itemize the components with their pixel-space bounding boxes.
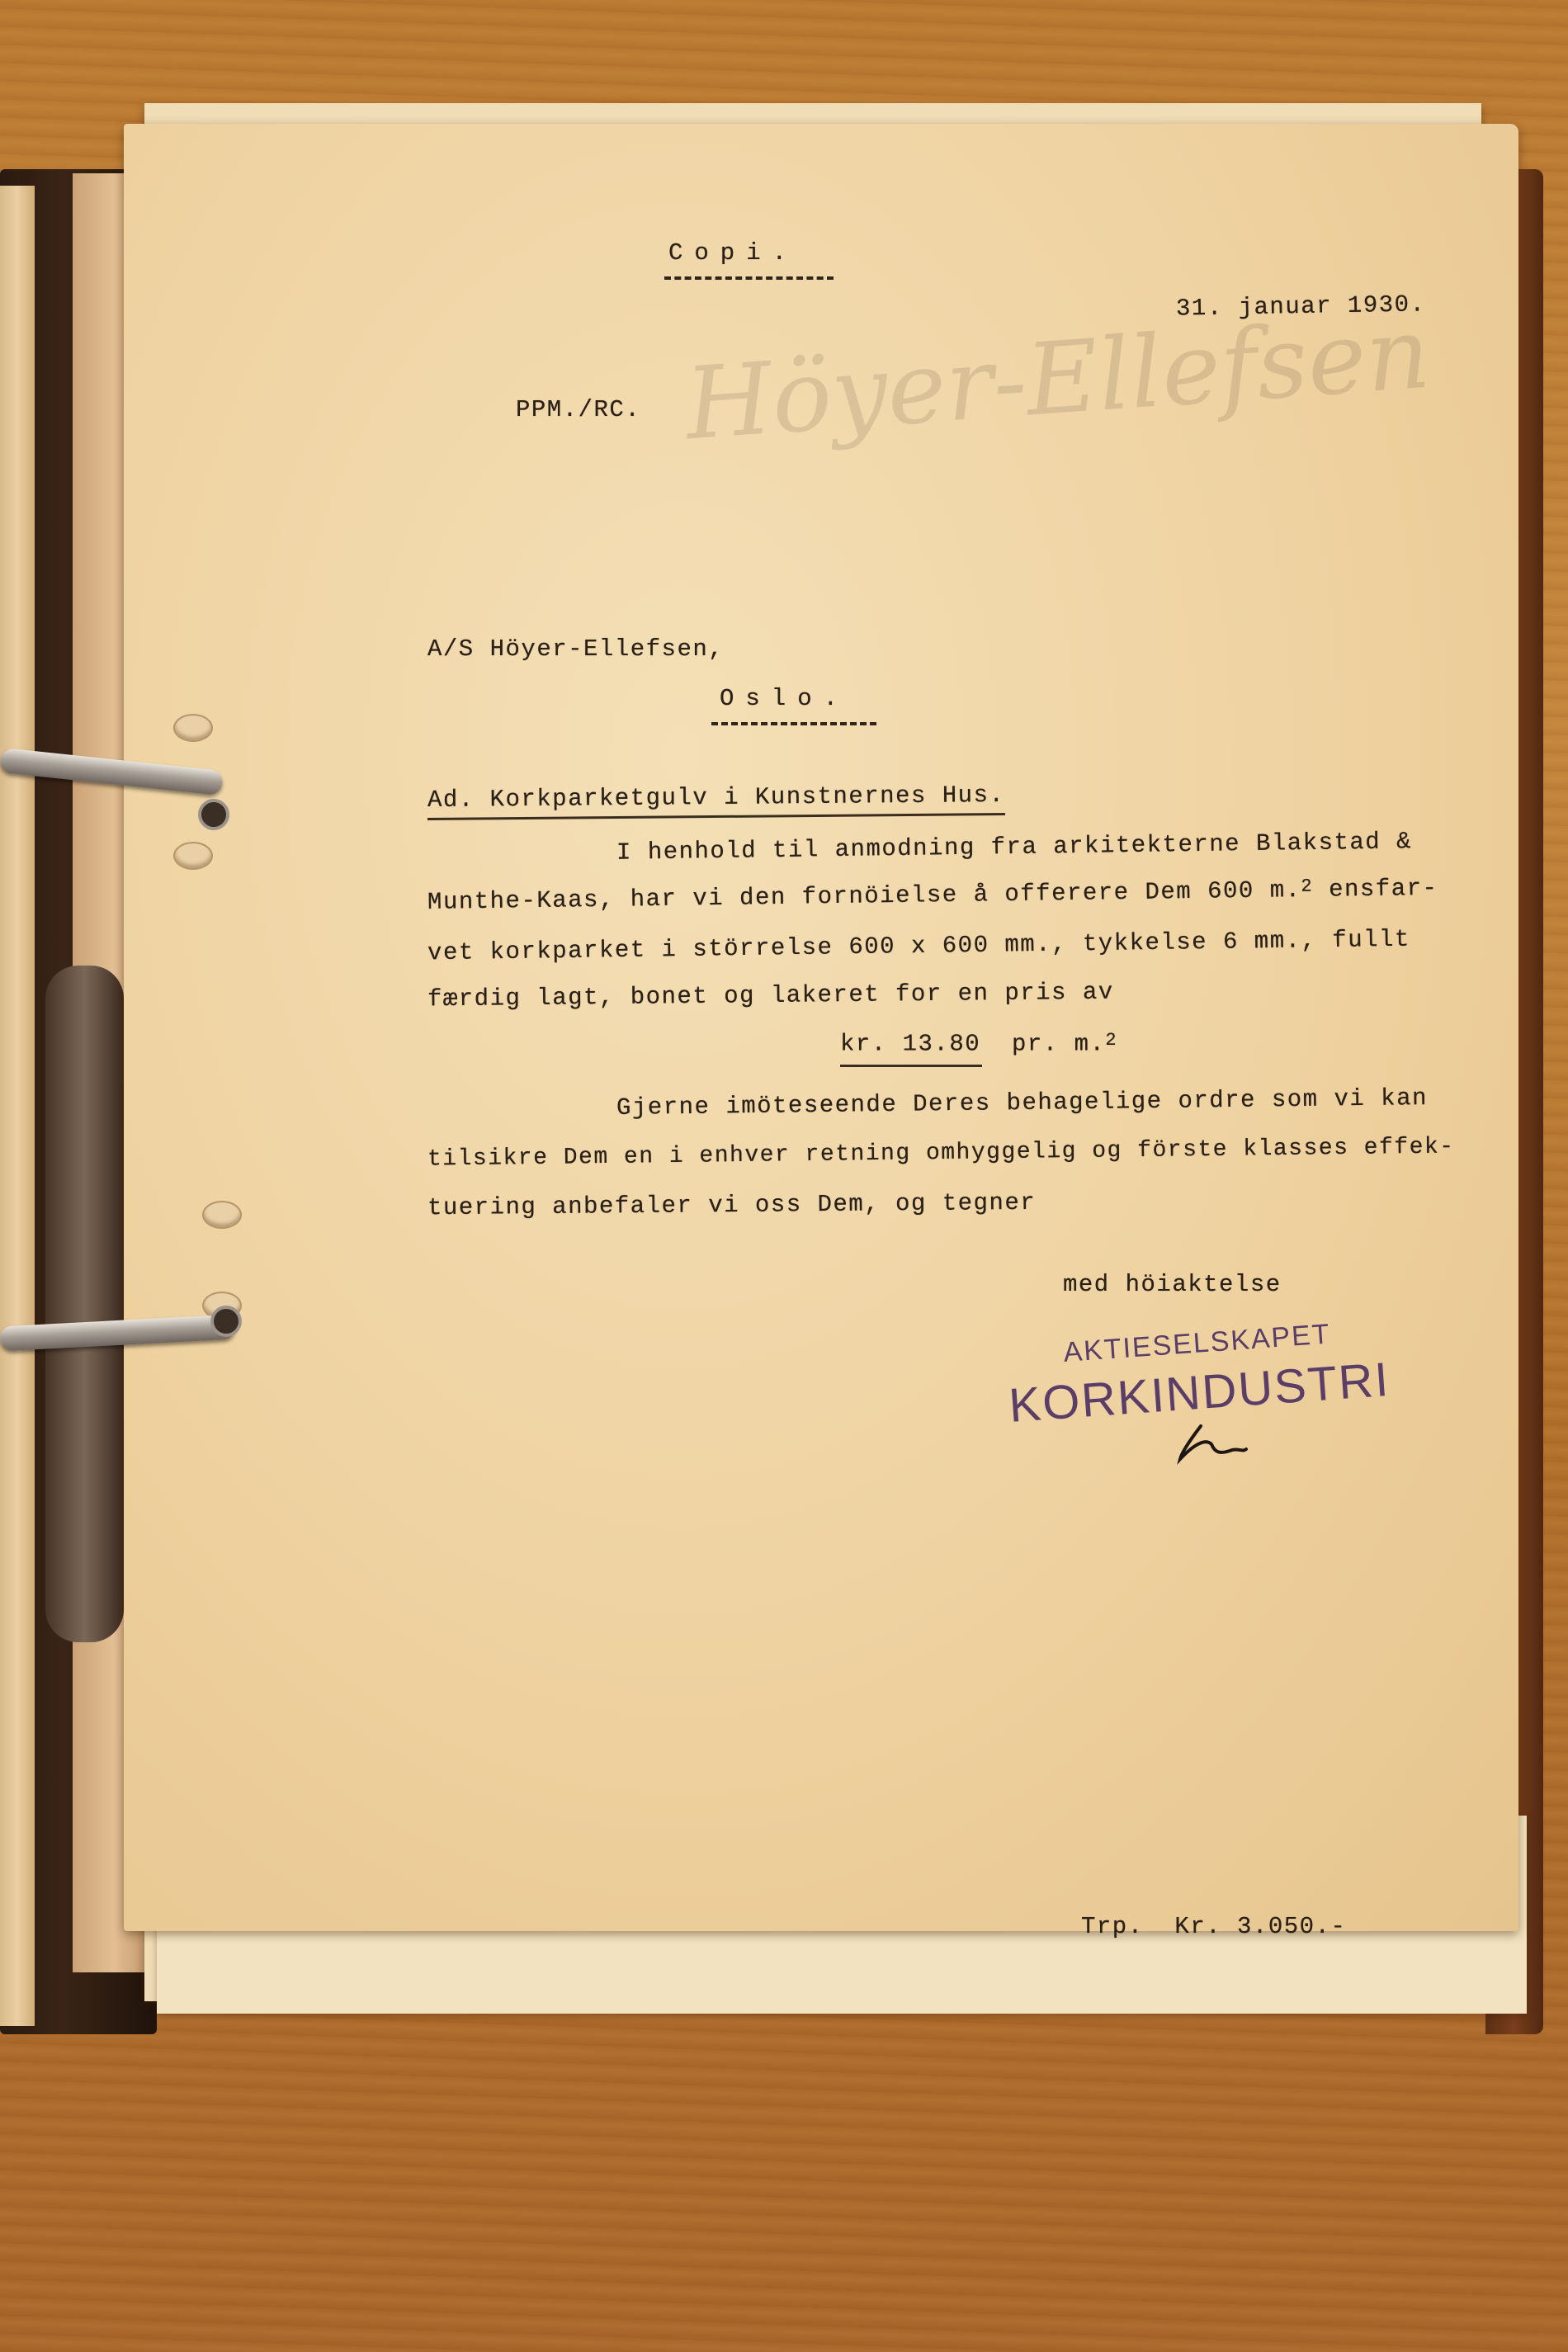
punch-hole [173,842,213,870]
binder-ring-top-end [198,799,229,830]
recipient-city: Oslo. [720,685,849,712]
binder-left-pages [0,186,35,2026]
closing-salutation: med höiaktelse [1063,1271,1282,1298]
punch-hole [173,714,213,742]
price-amount: kr. 13.80 [840,1030,980,1057]
body-line: færdig lagt, bonet og lakeret for en pri… [427,979,1114,1013]
body-line-text: Munthe-Kaas, har vi den fornöielse å off… [427,876,1301,916]
body-line: tuering anbefaler vi oss Dem, og tegner [427,1189,1036,1221]
body-line: Gjerne imöteseende Deres behagelige ordr… [616,1084,1428,1122]
ghost-letterhead-bleedthrough: Höyer-Ellefsen [682,296,1433,463]
carry-forward-total: Trp. Kr. 3.050.- [1081,1913,1346,1940]
price-line: kr. 13.80 pr. m.2 [840,1030,1117,1057]
subject-underline [427,813,1005,820]
body-line-hyphen-end: ensfar- [1329,875,1438,904]
body-line: tilsikre Dem en i enhver retning omhygge… [427,1134,1455,1172]
body-line: Munthe-Kaas, har vi den fornöielse å off… [427,874,1438,915]
superscript: 2 [1301,876,1313,897]
body-line: I henhold til anmodning fra arkitekterne… [616,828,1412,866]
letter-page: Höyer-Ellefsen Copi. 31. januar 1930. PP… [124,124,1518,1931]
recipient-name: A/S Höyer-Ellefsen, [427,635,724,663]
price-unit: pr. m. [1012,1030,1105,1057]
signature-mark [1172,1419,1271,1469]
binder-ring-bottom-end [210,1306,242,1337]
binder-lever-mechanism [45,966,124,1642]
subject-line: Ad. Korkparketgulv i Kunstnernes Hus. [427,782,1005,814]
reference-code: PPM./RC. [516,396,640,423]
city-underline [711,722,876,725]
price-superscript: 2 [1105,1030,1117,1051]
letter-date: 31. januar 1930. [1176,290,1426,322]
punch-hole [202,1201,242,1229]
copy-label: Copi. [668,239,798,267]
body-line: vet korkparket i störrelse 600 x 600 mm.… [427,926,1410,967]
price-underline [840,1065,982,1067]
copy-label-underline [664,276,834,280]
